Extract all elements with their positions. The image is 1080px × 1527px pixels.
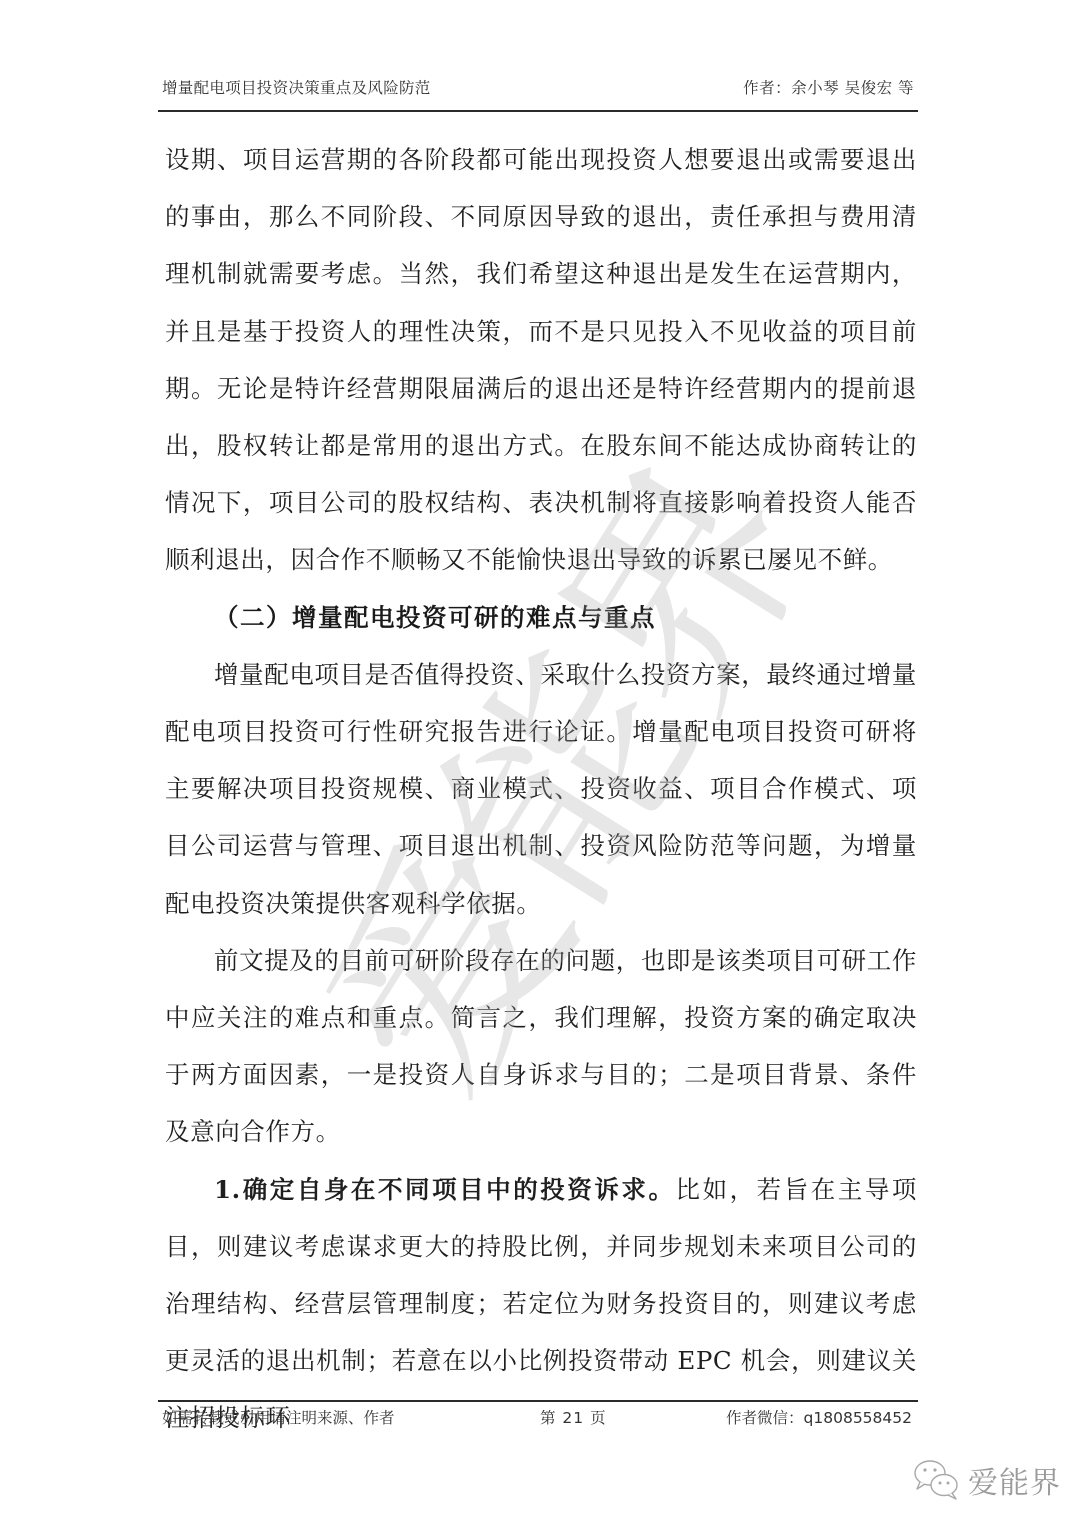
page-footer: 如需转载或引用请注明来源、作者 第 21 页 作者微信：q1808558452 [158,1406,918,1430]
footer-divider [158,1400,918,1402]
paragraph-numbered: 1.确定自身在不同项目中的投资诉求。比如，若旨在主导项目，则建议考虑谋求更大的持… [165,1161,917,1447]
brand-badge: 爱能界 [912,1458,1061,1502]
paragraph-continued: 设期、项目运营期的各阶段都可能出现投资人想要退出或需要退出的事由，那么不同阶段、… [165,131,917,589]
numbered-point-lead: 1.确定自身在不同项目中的投资诉求。 [214,1175,676,1204]
author-wechat: 作者微信：q1808558452 [726,1406,912,1428]
document-authors: 作者：余小琴 吴俊宏 等 [743,76,914,98]
page-body: 设期、项目运营期的各阶段都可能出现投资人想要退出或需要退出的事由，那么不同阶段、… [165,131,917,1447]
numbered-point-text: 比如，若旨在主导项目，则建议考虑谋求更大的持股比例，并同步规划未来项目公司的治理… [165,1175,917,1433]
page-header: 增量配电项目投资决策重点及风险防范 作者：余小琴 吴俊宏 等 [158,72,918,102]
header-divider [158,110,918,112]
document-title: 增量配电项目投资决策重点及风险防范 [162,76,431,98]
paragraph: 增量配电项目是否值得投资、采取什么投资方案，最终通过增量配电项目投资可行性研究报… [165,646,917,932]
paragraph: 前文提及的目前可研阶段存在的问题，也即是该类项目可研工作中应关注的难点和重点。简… [165,932,917,1161]
document-page: 增量配电项目投资决策重点及风险防范 作者：余小琴 吴俊宏 等 设期、项目运营期的… [0,0,1080,1527]
section-heading: （二）增量配电投资可研的难点与重点 [165,589,917,646]
page-number: 第 21 页 [540,1406,607,1428]
brand-name: 爱能界 [968,1458,1061,1502]
reprint-notice: 如需转载或引用请注明来源、作者 [162,1406,395,1428]
wechat-icon [912,1458,962,1502]
